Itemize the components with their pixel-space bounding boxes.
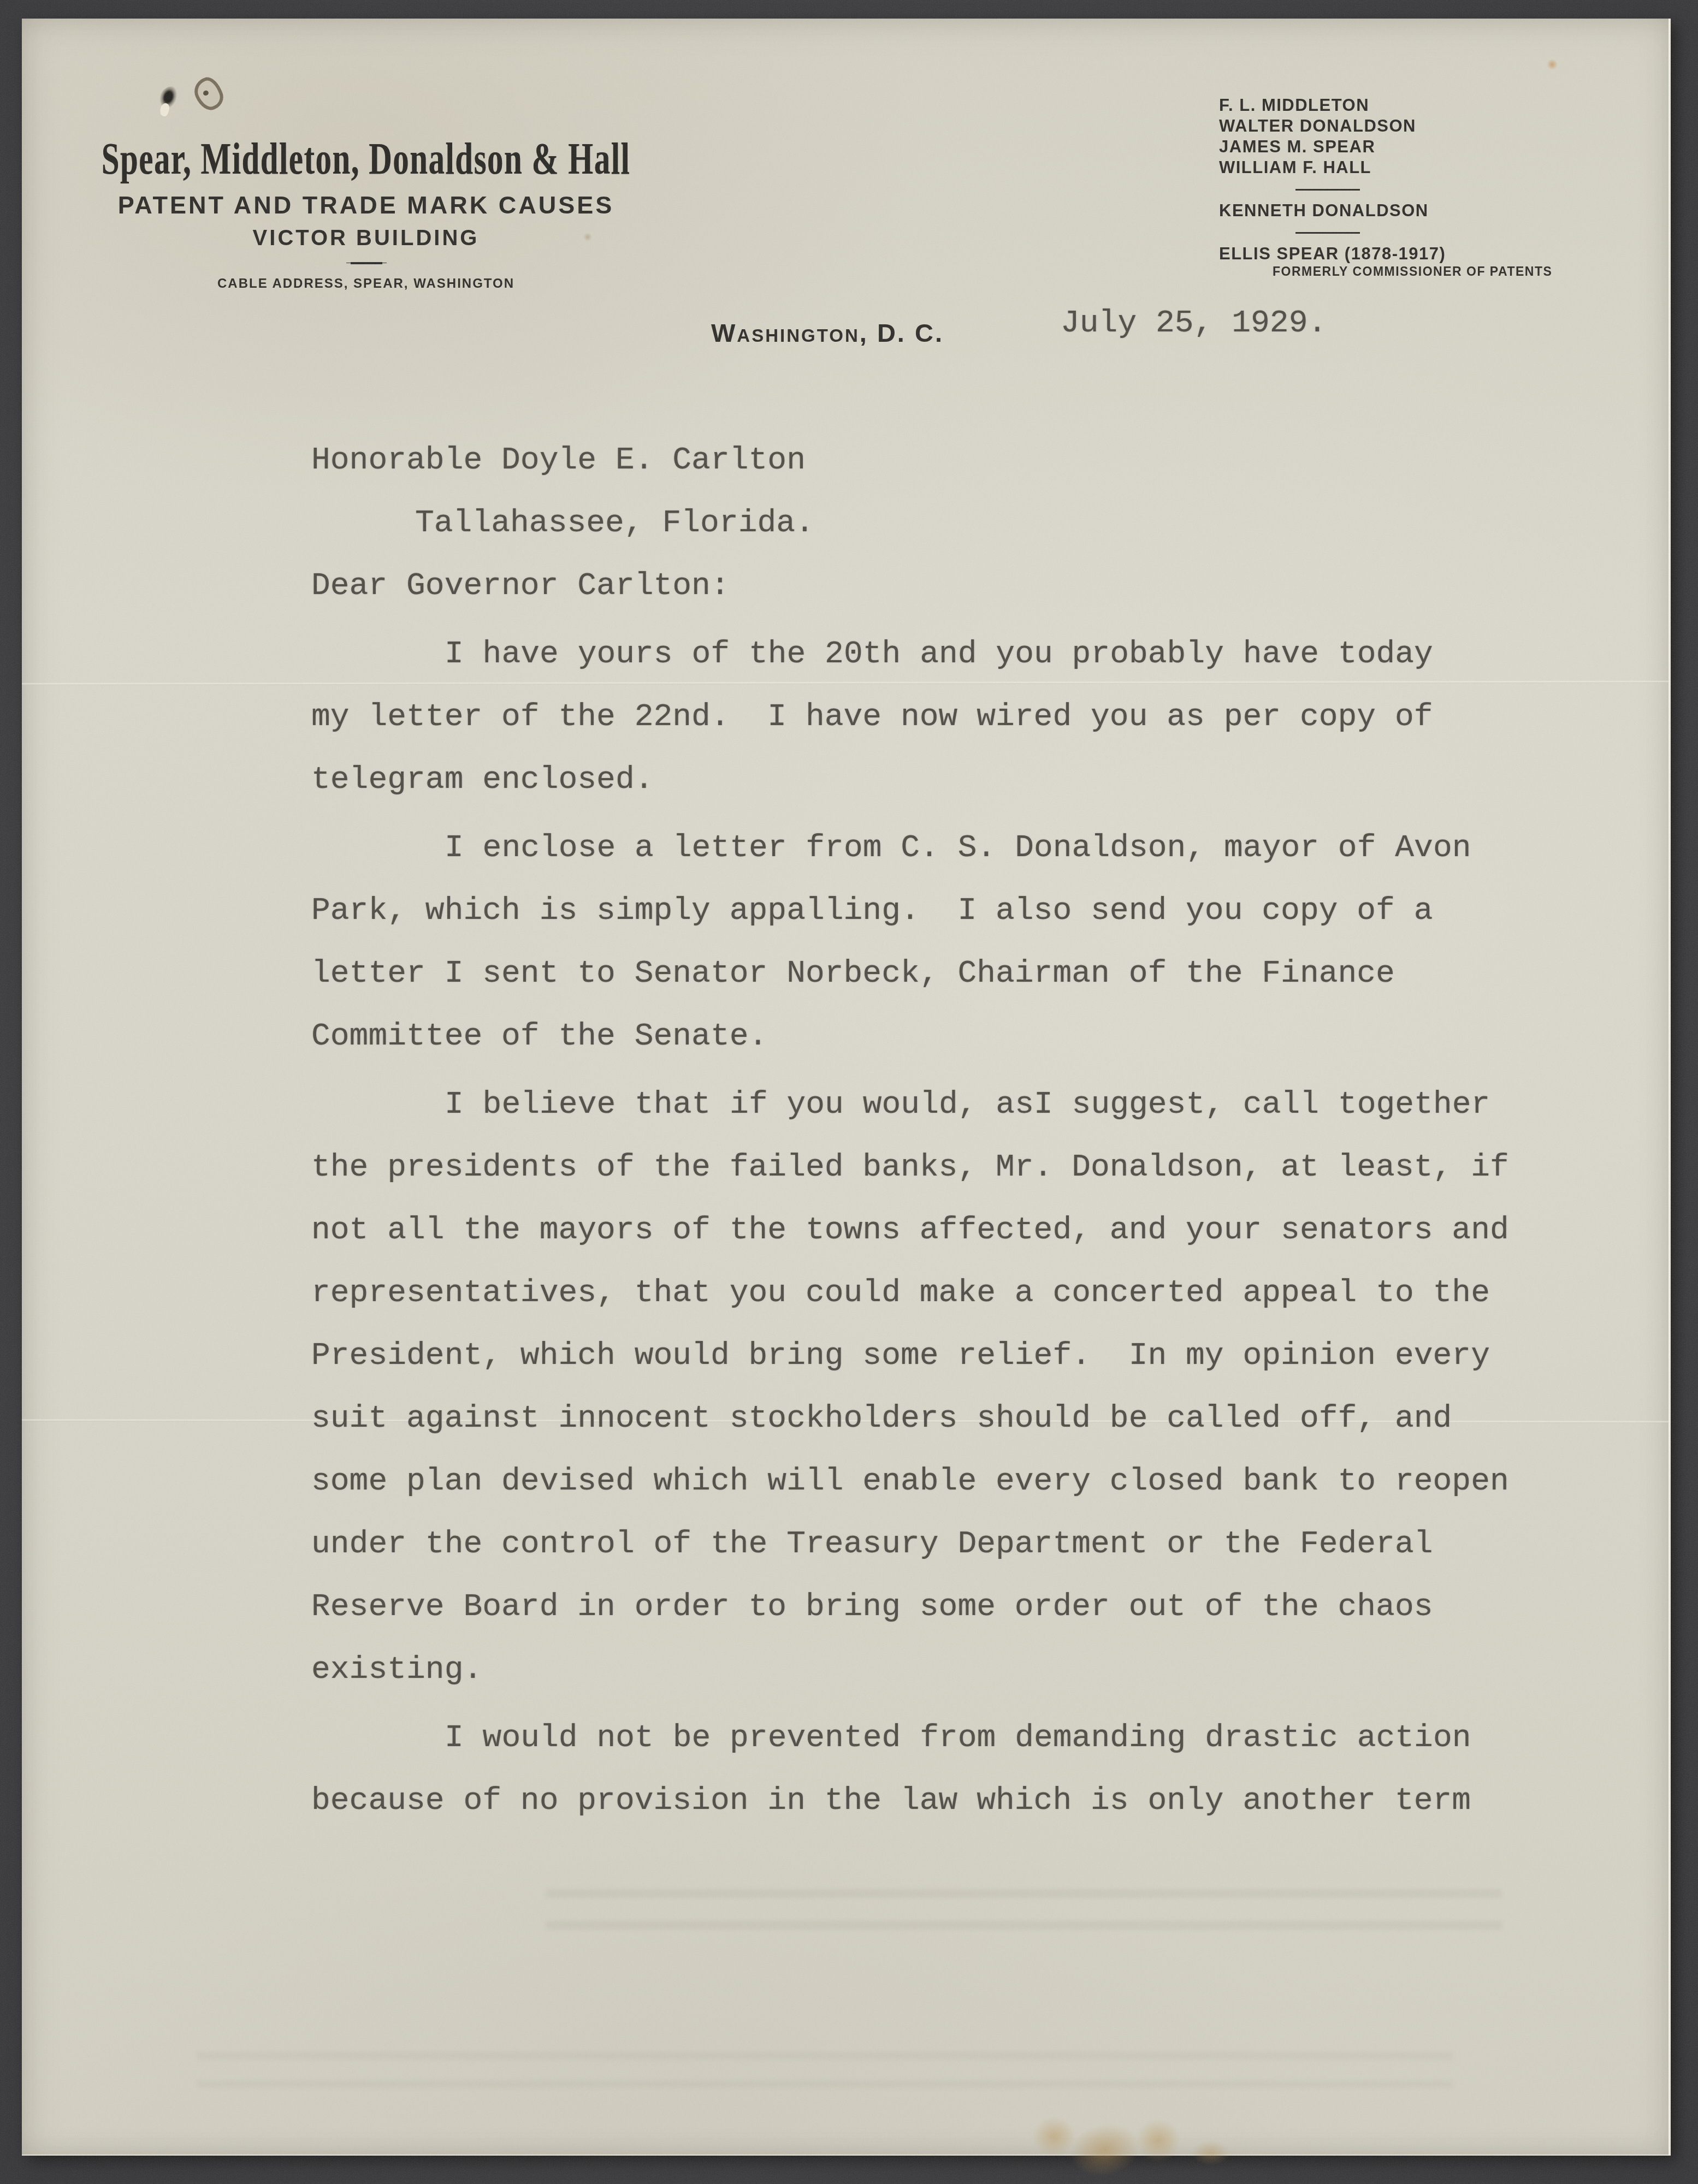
- stain: [1192, 2140, 1230, 2165]
- typed-line: the presidents of the failed banks, Mr. …: [311, 1136, 1600, 1199]
- ink-smudge: [153, 83, 181, 121]
- typed-line: existing.: [311, 1639, 1600, 1701]
- typed-line: Reserve Board in order to bring some ord…: [311, 1576, 1600, 1639]
- typed-line: I enclose a letter from C. S. Donaldson,…: [311, 817, 1600, 880]
- firm-tagline: PATENT AND TRADE MARK CAUSES: [118, 191, 614, 219]
- typed-line: I have yours of the 20th and you probabl…: [311, 623, 1600, 686]
- roster-divider: [1295, 232, 1360, 234]
- memorial-name: ELLIS SPEAR (1878-1917): [1219, 244, 1552, 264]
- typed-line: President, which would bring some relief…: [311, 1325, 1600, 1387]
- letterhead-divider: [351, 262, 382, 264]
- typed-line: Committee of the Senate.: [311, 1005, 1600, 1068]
- typed-line: letter I sent to Senator Norbeck, Chairm…: [311, 942, 1600, 1005]
- stain: [1547, 59, 1558, 70]
- stain: [1032, 2116, 1076, 2157]
- roster-divider: [1295, 189, 1360, 191]
- partner-name: WALTER DONALDSON: [1219, 116, 1552, 136]
- firm-name: Spear, Middleton, Donaldson & Hall: [102, 133, 631, 185]
- typed-line: because of no provision in the law which…: [311, 1770, 1600, 1832]
- typed-line: under the control of the Treasury Depart…: [311, 1513, 1600, 1576]
- dateline-date: July 25, 1929.: [1061, 306, 1327, 341]
- letter-page: Spear, Middleton, Donaldson & Hall PATEN…: [22, 19, 1671, 2156]
- typed-line: telegram enclosed.: [311, 749, 1600, 811]
- ink-bleedthrough: [197, 2039, 1453, 2088]
- ink-bleedthrough: [546, 1875, 1502, 1930]
- partner-roster: F. L. MIDDLETON WALTER DONALDSON JAMES M…: [1219, 95, 1552, 279]
- stain: [1065, 2117, 1145, 2183]
- stain: [1136, 2118, 1181, 2162]
- typed-line: Tallahassee, Florida.: [311, 492, 1600, 555]
- typed-line: representatives, that you could make a c…: [311, 1262, 1600, 1325]
- typed-line: Honorable Doyle E. Carlton: [311, 429, 1600, 492]
- partner-name: F. L. MIDDLETON: [1219, 95, 1552, 116]
- dateline-city: Washington, D. C.: [711, 318, 944, 348]
- cable-address: CABLE ADDRESS, SPEAR, WASHINGTON: [217, 276, 514, 292]
- typed-line: my letter of the 22nd. I have now wired …: [311, 686, 1600, 749]
- scanned-letter: Spear, Middleton, Donaldson & Hall PATEN…: [0, 0, 1698, 2184]
- typed-line: I would not be prevented from demanding …: [311, 1707, 1600, 1770]
- paper-tear-mark: [190, 74, 227, 114]
- typed-line: I believe that if you would, asI suggest…: [311, 1073, 1600, 1136]
- partner-name: JAMES M. SPEAR: [1219, 136, 1552, 157]
- firm-building: VICTOR BUILDING: [253, 226, 480, 251]
- typed-body: Honorable Doyle E. CarltonTallahassee, F…: [311, 429, 1600, 1832]
- typed-line: some plan devised which will enable ever…: [311, 1450, 1600, 1513]
- typed-line: not all the mayors of the towns affected…: [311, 1199, 1600, 1262]
- associate-name: KENNETH DONALDSON: [1219, 200, 1552, 221]
- stain: [583, 233, 592, 241]
- typed-line: suit against innocent stockholders shoul…: [311, 1387, 1600, 1450]
- typed-line: Park, which is simply appalling. I also …: [311, 880, 1600, 942]
- partner-name: WILLIAM F. HALL: [1219, 157, 1552, 178]
- memorial-note: FORMERLY COMMISSIONER OF PATENTS: [1273, 264, 1552, 279]
- typed-line: Dear Governor Carlton:: [311, 555, 1600, 618]
